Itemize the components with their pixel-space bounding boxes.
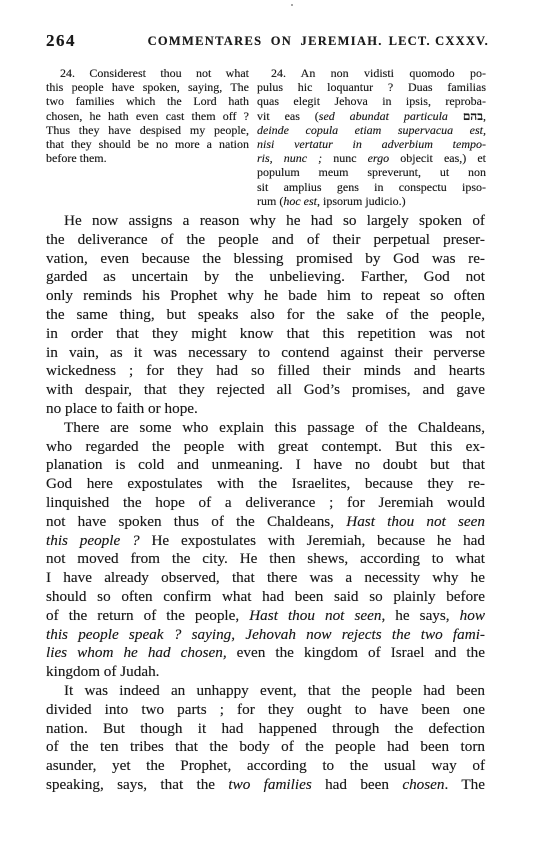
text-segment: not have spoken thus of the Chaldeans,	[46, 513, 346, 530]
text-segment: ,	[483, 109, 486, 123]
text-line: rum (hoc est, ipsorum judicio.)	[257, 194, 486, 208]
verse-english-column: 24. Considerest thou not whatthis people…	[46, 66, 249, 208]
verse-latin-column: 24. An non vidisti quomodo po-pulus hic …	[257, 66, 486, 208]
text-line: two families which the Lord hath	[46, 94, 249, 108]
text-segment: how	[460, 607, 485, 624]
text-segment: nunc	[322, 151, 367, 165]
text-segment: quas elegit Jehova in ipsis, reproba-	[257, 94, 486, 108]
text-line: garded as uncertain by the unbelieving. …	[46, 268, 485, 287]
text-segment: garded as uncertain by the unbelieving. …	[46, 268, 485, 285]
text-line: nisi vertatur in adverbium tempo-	[257, 137, 486, 151]
book-page: 264 COMMENTARES ON JEREMIAH. LECT. CXXXV…	[0, 0, 533, 842]
text-segment: I have already observed, that there was …	[46, 569, 485, 586]
text-segment: sed abundat particula	[319, 109, 448, 123]
text-line: sit amplius gens in conspectu ipso-	[257, 180, 486, 194]
text-line: wickedness ; for they had so filled thei…	[46, 362, 485, 381]
paragraph: There are some who explain this passage …	[46, 419, 485, 682]
text-segment: . The	[445, 776, 485, 793]
text-segment: kingdom of Judah.	[46, 663, 159, 680]
text-segment: chosen	[402, 776, 444, 793]
text-line: in order that they might know that this …	[46, 325, 485, 344]
text-segment: with despair, that they rejected all God…	[46, 381, 485, 398]
text-segment: wickedness ; for they had so filled thei…	[46, 362, 485, 379]
text-segment: divided into two parts ; for they ought …	[46, 701, 485, 718]
text-segment: hoc est	[283, 194, 317, 208]
text-segment: that they should be no more a nation	[46, 137, 249, 151]
text-line: not moved from the city. He then shews, …	[46, 550, 485, 569]
text-segment: no place to faith or hope.	[46, 400, 198, 417]
text-segment	[448, 109, 463, 123]
text-segment: the same thing, but speaks also for the …	[46, 306, 485, 323]
text-segment: this people ?	[46, 532, 140, 549]
text-line: linquished the hope of a deliverance ; f…	[46, 494, 485, 513]
text-segment: the deliverance of the people and of the…	[46, 231, 485, 248]
text-line: pulus hic loquantur ? Duas familias	[257, 80, 486, 94]
text-line: quas elegit Jehova in ipsis, reproba-	[257, 94, 486, 108]
text-segment: Hast thou not seen	[346, 513, 485, 530]
text-segment: Hast thou not seen	[249, 607, 381, 624]
text-line: of the ten tribes that the body of the p…	[46, 738, 485, 757]
text-segment: He expostulates with Jeremiah, because h…	[140, 532, 485, 549]
text-segment: before them.	[46, 151, 107, 165]
text-segment: of the ten tribes that the body of the p…	[46, 738, 485, 755]
text-segment: only reminds his Prophet why he bade him…	[46, 287, 485, 304]
text-line: speaking, says, that the two families ha…	[46, 776, 485, 795]
text-segment: in vain, as it was necessary to contend …	[46, 344, 485, 361]
lecture-number: LECT. CXXXV.	[389, 34, 489, 49]
verse-parallel-columns: 24. Considerest thou not whatthis people…	[46, 66, 486, 208]
text-segment: 24. An non vidisti quomodo po-	[271, 66, 486, 80]
text-segment: linquished the hope of a deliverance ; f…	[46, 494, 485, 511]
text-segment: ris, nunc ;	[257, 151, 322, 165]
text-line: this people ? He expostulates with Jerem…	[46, 532, 485, 551]
text-line: 24. An non vidisti quomodo po-	[257, 66, 486, 80]
text-segment: God here expostulates with the Israelite…	[46, 475, 485, 492]
text-line: Thus they have despised my people,	[46, 123, 249, 137]
text-segment: 24. Considerest thou not what	[60, 66, 249, 80]
text-segment: ergo	[368, 151, 390, 165]
text-segment: pulus hic loquantur ? Duas familias	[257, 80, 486, 94]
text-line: no place to faith or hope.	[46, 400, 485, 419]
text-segment: sit amplius gens in conspectu ipso-	[257, 180, 486, 194]
text-segment: asunder, yet the Prophet, according to t…	[46, 757, 485, 774]
text-segment: It was indeed an unhappy event, that the…	[64, 682, 485, 699]
text-line: in vain, as it was necessary to contend …	[46, 344, 485, 363]
text-segment: chosen, he hath even cast them off ?	[46, 109, 249, 123]
text-segment: Thus they have despised my people,	[46, 123, 249, 137]
text-segment: rum (	[257, 194, 283, 208]
text-line: God here expostulates with the Israelite…	[46, 475, 485, 494]
scan-speck	[291, 4, 293, 6]
text-segment: deinde copula etiam supervacua est,	[257, 123, 486, 137]
text-line: 24. Considerest thou not what	[46, 66, 249, 80]
text-line: that they should be no more a nation	[46, 137, 249, 151]
text-line: divided into two parts ; for they ought …	[46, 701, 485, 720]
text-line: There are some who explain this passage …	[46, 419, 485, 438]
text-segment: vation, even because the blessing promis…	[46, 250, 485, 267]
text-segment: vit eas (	[257, 109, 319, 123]
text-segment: not moved from the city. He then shews, …	[46, 550, 485, 567]
text-line: vit eas (sed abundat particula בהם,	[257, 109, 486, 123]
paragraph: It was indeed an unhappy event, that the…	[46, 682, 485, 795]
text-line: the deliverance of the people and of the…	[46, 231, 485, 250]
text-line: of the return of the people, Hast thou n…	[46, 607, 485, 626]
text-line: I have already observed, that there was …	[46, 569, 485, 588]
text-line: the same thing, but speaks also for the …	[46, 306, 485, 325]
text-line: deinde copula etiam supervacua est,	[257, 123, 486, 137]
text-line: chosen, he hath even cast them off ?	[46, 109, 249, 123]
text-line: asunder, yet the Prophet, according to t…	[46, 757, 485, 776]
text-segment: this people speak ? saying, Jehovah now …	[46, 626, 485, 643]
text-segment: planation is cold and unmeaning. I have …	[46, 456, 485, 473]
running-title: COMMENTARES ON JEREMIAH.	[148, 34, 383, 49]
text-segment: , ipsorum judicio.)	[317, 194, 406, 208]
text-line: kingdom of Judah.	[46, 663, 485, 682]
text-line: vation, even because the blessing promis…	[46, 250, 485, 269]
text-segment: who regarded the people with great conte…	[46, 438, 485, 455]
text-segment: this people have spoken, saying, The	[46, 80, 249, 94]
text-line: populum meum spreverunt, ut non	[257, 165, 486, 179]
text-segment: populum meum spreverunt, ut non	[257, 165, 486, 179]
text-line: who regarded the people with great conte…	[46, 438, 485, 457]
text-line: ris, nunc ; nunc ergo objecit eas,) et	[257, 151, 486, 165]
text-line: nation. But though it had happened throu…	[46, 720, 485, 739]
text-line: planation is cold and unmeaning. I have …	[46, 456, 485, 475]
text-line: It was indeed an unhappy event, that the…	[46, 682, 485, 701]
hebrew-word: בהם	[463, 109, 483, 123]
text-segment: two families which the Lord hath	[46, 94, 249, 108]
text-segment: even the kingdom of Israel and the	[227, 644, 485, 661]
text-segment: objecit eas,) et	[389, 151, 486, 165]
text-line: this people speak ? saying, Jehovah now …	[46, 626, 485, 645]
text-segment: nation. But though it had happened throu…	[46, 720, 485, 737]
text-segment: lies whom he had chosen,	[46, 644, 227, 661]
page-header: 264 COMMENTARES ON JEREMIAH. LECT. CXXXV…	[46, 31, 489, 51]
text-segment: He now assigns a reason why he had so la…	[64, 212, 485, 229]
text-segment: , he says,	[381, 607, 459, 624]
text-line: only reminds his Prophet why he bade him…	[46, 287, 485, 306]
text-line: He now assigns a reason why he had so la…	[46, 212, 485, 231]
text-segment: should so often confirm what had been sa…	[46, 588, 485, 605]
text-line: should so often confirm what had been sa…	[46, 588, 485, 607]
text-segment: nisi vertatur in adverbium tempo-	[257, 137, 486, 151]
paragraph: He now assigns a reason why he had so la…	[46, 212, 485, 419]
text-line: with despair, that they rejected all God…	[46, 381, 485, 400]
page-number: 264	[46, 31, 76, 51]
text-line: before them.	[46, 151, 249, 165]
commentary-body: He now assigns a reason why he had so la…	[46, 212, 485, 795]
text-segment: had been	[312, 776, 403, 793]
text-segment: speaking, says, that the	[46, 776, 228, 793]
text-line: not have spoken thus of the Chaldeans, H…	[46, 513, 485, 532]
text-segment: two families	[228, 776, 311, 793]
text-line: lies whom he had chosen, even the kingdo…	[46, 644, 485, 663]
text-line: this people have spoken, saying, The	[46, 80, 249, 94]
text-segment: There are some who explain this passage …	[64, 419, 485, 436]
text-segment: in order that they might know that this …	[46, 325, 485, 342]
text-segment: of the return of the people,	[46, 607, 249, 624]
